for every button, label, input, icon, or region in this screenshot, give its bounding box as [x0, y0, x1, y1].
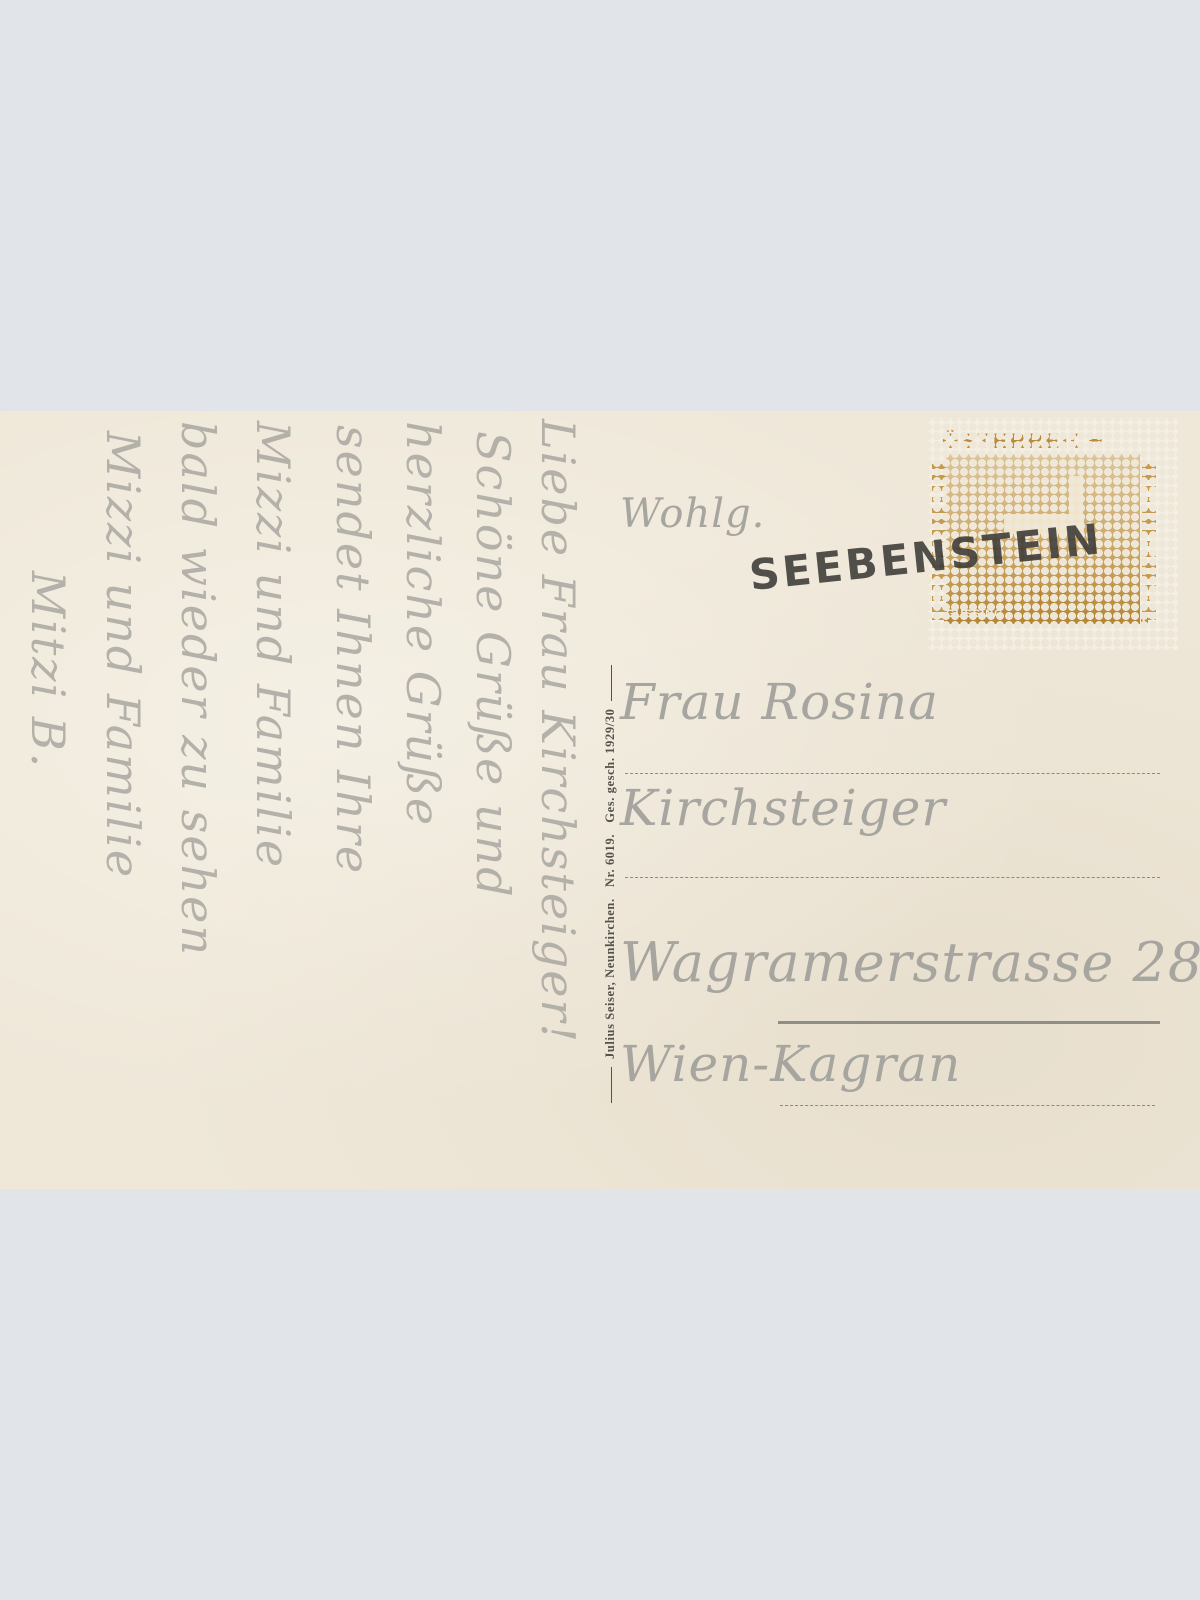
publisher-imprint: Julius Seiser, Neunkirchen. Nr. 6019. Ge… [603, 657, 618, 1111]
message-column: sendet Ihnen Ihre [326, 425, 380, 875]
address-line: Frau Rosina [620, 673, 939, 731]
address-line: Wien-Kagran [620, 1035, 961, 1093]
message-column: Mizzi und Familie [96, 431, 150, 879]
address-rule [780, 1105, 1155, 1106]
address-salutation: Wohlg. [620, 491, 765, 537]
stamp-frame-right [1142, 458, 1156, 620]
message-column: Liebe Frau Kirchsteiger! [531, 419, 585, 1044]
postcard: Liebe Frau Kirchsteiger! Schöne Grüße un… [0, 411, 1200, 1189]
address-line: Wagramerstrasse 28 [620, 931, 1200, 994]
tower-icon [1069, 476, 1083, 520]
stamp-country: ÖSTERREICH [942, 430, 1106, 454]
message-column: bald wieder zu sehen [171, 421, 225, 957]
address-rule [625, 877, 1160, 878]
message-column: Schöne Grüße und [466, 431, 520, 899]
address-line: Kirchsteiger [620, 779, 946, 837]
stamp-place: GÜSSING [946, 608, 1004, 620]
address-underline [778, 1021, 1160, 1024]
card-number: Nr. 6019. [603, 834, 617, 887]
stamp-currency: GROSCHEN [1078, 614, 1149, 626]
message-column: Mizzi und Familie [246, 421, 300, 869]
signature: Mitzi B. [21, 571, 75, 769]
publisher-name: Julius Seiser, Neunkirchen. [603, 898, 617, 1059]
message-column: herzliche Grüße [396, 421, 450, 827]
address-rule [625, 773, 1160, 774]
copyright-note: Ges. gesch. 1929/30 [603, 709, 617, 823]
stamp-value: 10 [1028, 578, 1068, 620]
